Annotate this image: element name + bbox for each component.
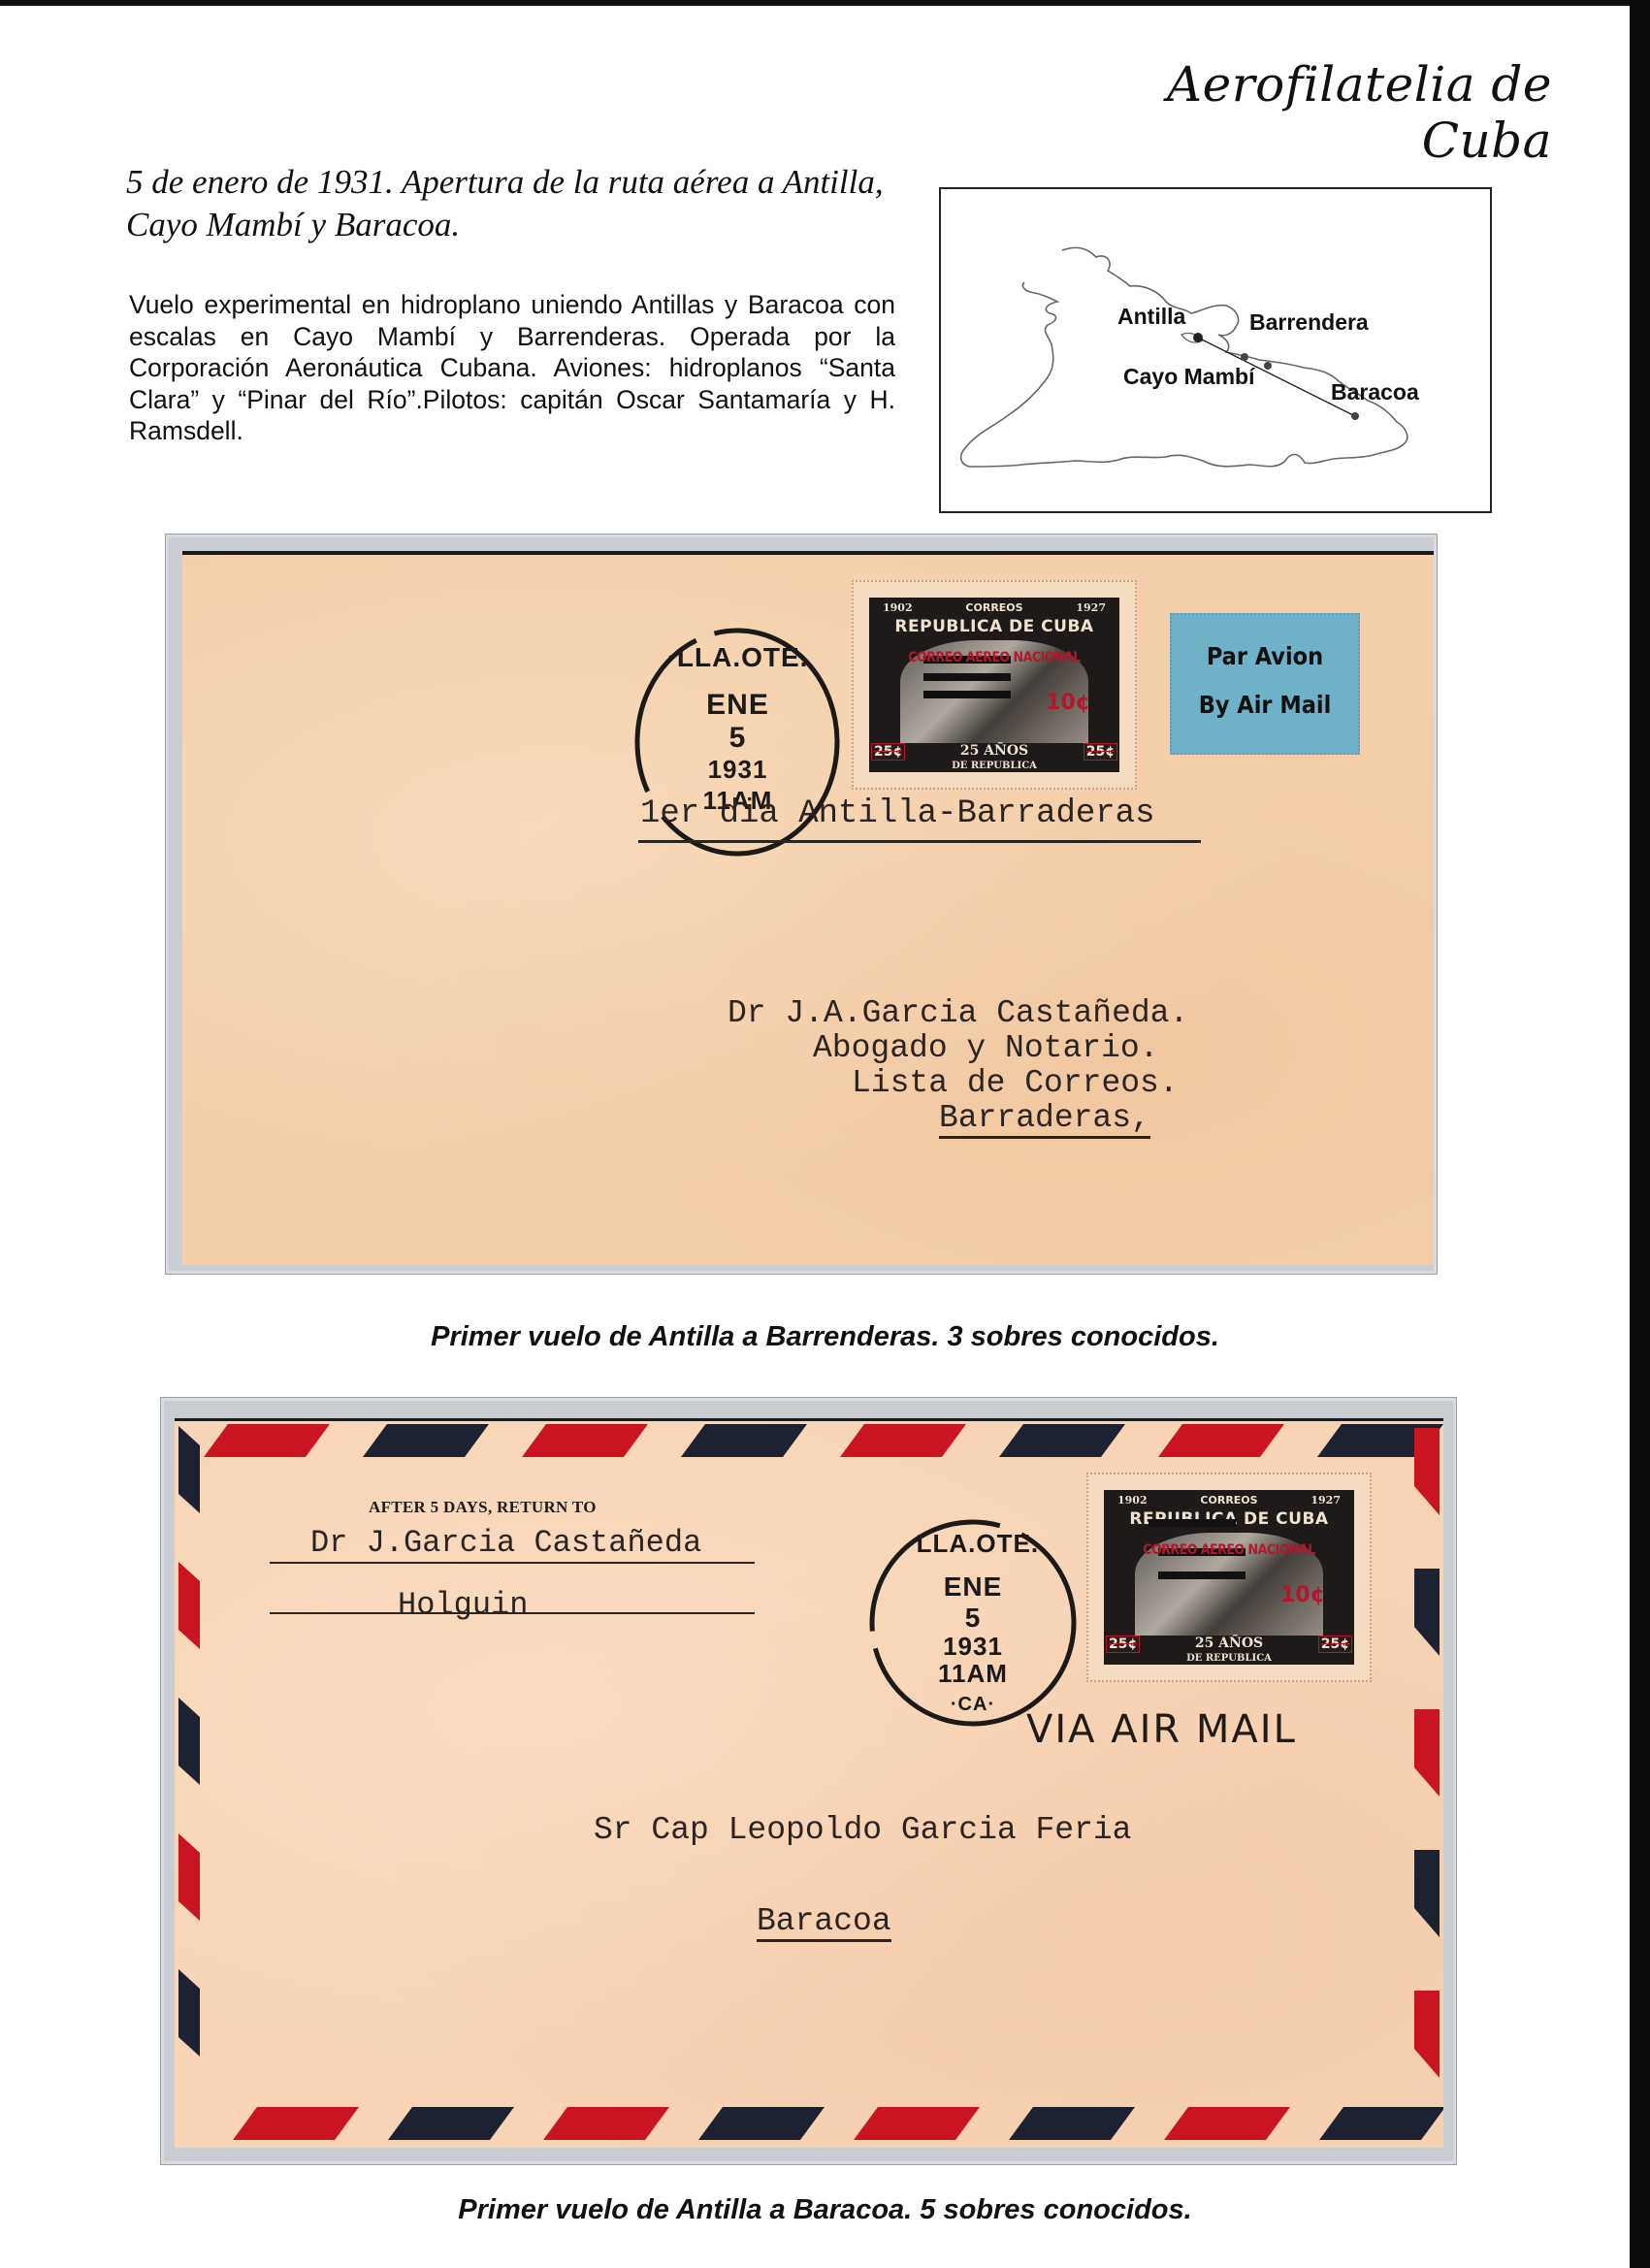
return-city: Holguin xyxy=(398,1587,528,1623)
return-header: AFTER 5 DAYS, RETURN TO xyxy=(369,1498,597,1517)
stamp-old-value-left: 25¢ xyxy=(1106,1636,1140,1653)
caption-envelope-2: Primer vuelo de Antilla a Baracoa. 5 sob… xyxy=(0,2194,1650,2226)
stamp-new-value: 10¢ xyxy=(1046,691,1090,715)
stamp-new-value: 10¢ xyxy=(1280,1583,1325,1607)
air-label-line2: By Air Mail xyxy=(1172,681,1358,729)
intro-paragraph: Vuelo experimental en hidroplano uniendo… xyxy=(129,289,895,447)
stamp-anos: 25 AÑOS xyxy=(1104,1636,1354,1651)
cuba-outline-icon xyxy=(941,189,1490,511)
obliteration-bar xyxy=(1158,1571,1246,1579)
via-air-mail-imprint: VIA AIR MAIL xyxy=(1026,1707,1297,1752)
return-city-rule xyxy=(270,1612,755,1614)
return-name-rule xyxy=(270,1562,755,1564)
stamp-old-value-left: 25¢ xyxy=(871,743,905,761)
stamp-design: 19021927 CORREOS REPUBLICA DE CUBA CORRE… xyxy=(869,598,1119,772)
caption-envelope-1: Primer vuelo de Antilla a Barrenderas. 3… xyxy=(0,1321,1650,1353)
address-line-1: Sr Cap Leopoldo Garcia Feria xyxy=(594,1812,1132,1848)
postmark-2: ·LLA.OTE. ENE 5 1931 11AM ·CA· xyxy=(861,1511,1084,1734)
stamp-correos: CORREOS xyxy=(1104,1494,1354,1507)
scan-top-edge xyxy=(0,0,1650,6)
stamp-correos: CORREOS xyxy=(869,601,1119,614)
postmark-month: ENE xyxy=(629,689,847,722)
return-name: Dr J.Garcia Castañeda xyxy=(310,1525,701,1561)
postmark-town: ·LLA.OTE. xyxy=(861,1529,1084,1559)
postage-stamp-2: 19021927 CORREOS REPUBLICA DE CUBA CORRE… xyxy=(1086,1473,1372,1682)
map-label-barrendera: Barrendera xyxy=(1249,309,1369,336)
envelope-2: AFTER 5 DAYS, RETURN TO Dr J.Garcia Cast… xyxy=(175,1418,1443,2148)
page-title: Aerofilatelia de Cuba xyxy=(1028,56,1552,169)
headline: 5 de enero de 1931. Apertura de la ruta … xyxy=(126,161,902,246)
first-day-cachet: 1er dia Antilla-Barraderas xyxy=(640,795,1155,832)
obliteration-bar xyxy=(1149,1519,1236,1527)
postmark-town: ·LLA.OTE. xyxy=(629,642,847,673)
stamp-bottom-text: DE REPUBLICA xyxy=(1104,1653,1354,1664)
obliteration-bar xyxy=(923,691,1011,698)
cachet-underline xyxy=(638,840,1201,843)
scan-right-edge xyxy=(1630,0,1650,2268)
air-mail-label: Par Avion By Air Mail xyxy=(1170,613,1360,755)
address-line-3: Lista de Correos. xyxy=(852,1065,1179,1101)
air-label-line1: Par Avion xyxy=(1172,632,1358,681)
intro-text: Vuelo experimental en hidroplano uniendo… xyxy=(129,289,895,447)
postage-stamp-1: 19021927 CORREOS REPUBLICA DE CUBA CORRE… xyxy=(852,580,1137,790)
address-line-2: Abogado y Notario. xyxy=(813,1030,1158,1066)
stamp-overprint: CORREO AEREO NACIONAL xyxy=(1104,1542,1354,1558)
stamp-old-value-right: 25¢ xyxy=(1318,1636,1352,1653)
stamp-design: 19021927 CORREOS REPUBLICA DE CUBA CORRE… xyxy=(1104,1490,1354,1665)
stamp-old-value-right: 25¢ xyxy=(1084,743,1117,761)
map-label-antilla: Antilla xyxy=(1117,304,1185,330)
route-map: Antilla Barrendera Cayo Mambí Baracoa xyxy=(939,187,1492,513)
stamp-republic: REPUBLICA DE CUBA xyxy=(869,617,1119,636)
postmark-year: 1931 xyxy=(861,1632,1084,1662)
map-label-cayo-mambi: Cayo Mambí xyxy=(1123,364,1254,390)
address-line-2: Baracoa xyxy=(757,1903,891,1942)
postmark-day: 5 xyxy=(861,1603,1084,1634)
obliteration-bar xyxy=(923,673,1011,681)
address-line-1: Dr J.A.Garcia Castañeda. xyxy=(728,995,1188,1031)
envelope-1-top-edge xyxy=(182,551,1434,555)
stamp-bottom-text: DE REPUBLICA xyxy=(869,761,1119,771)
postmark-month: ENE xyxy=(861,1571,1084,1603)
stamp-overprint: CORREO AEREO NACIONAL xyxy=(869,650,1119,665)
postmark-day: 5 xyxy=(629,722,847,755)
postmark-year: 1931 xyxy=(629,755,847,785)
address-line-4: Barraderas, xyxy=(939,1100,1150,1139)
stamp-anos: 25 AÑOS xyxy=(869,743,1119,759)
map-label-baracoa: Baracoa xyxy=(1331,379,1419,405)
postmark-time: 11AM xyxy=(861,1659,1084,1689)
envelope-1: ·LLA.OTE. ENE 5 1931 11AM 19021927 CORRE… xyxy=(182,551,1434,1265)
